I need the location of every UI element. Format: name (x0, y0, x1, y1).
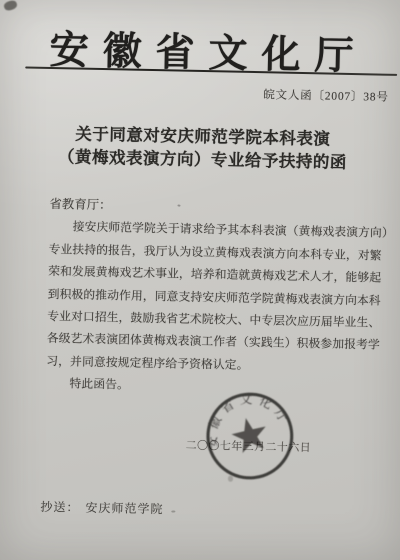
scanned-letter-page: 安徽省文化厅 皖文人函〔2007〕38号 关于同意对安庆师范学院本科表演 （黄梅… (0, 0, 400, 560)
scan-artifact (228, 476, 233, 482)
seal-star-icon (229, 414, 270, 454)
seal-ring (200, 386, 300, 486)
letter-body: 省教育厅： 接安庆师范学院关于请求给予其本科表演（黄梅戏表演方向） 专业扶持的报… (46, 193, 394, 402)
scan-artifact (177, 205, 180, 207)
document-number: 皖文人函〔2007〕38号 (4, 81, 389, 105)
cc-line: 抄送：安庆师范学院 (40, 498, 163, 517)
page-content: 安徽省文化厅 皖文人函〔2007〕38号 关于同意对安庆师范学院本科表演 （黄梅… (0, 0, 400, 560)
cc-value: 安庆师范学院 (85, 501, 163, 517)
cc-label: 抄送： (40, 500, 79, 515)
scan-artifact (171, 510, 175, 512)
letter-date: 二〇〇七年三月二十六日 (186, 437, 312, 456)
letter-title: 关于同意对安庆师范学院本科表演 （黄梅戏表演方向）专业给予扶持的函 (2, 121, 400, 175)
